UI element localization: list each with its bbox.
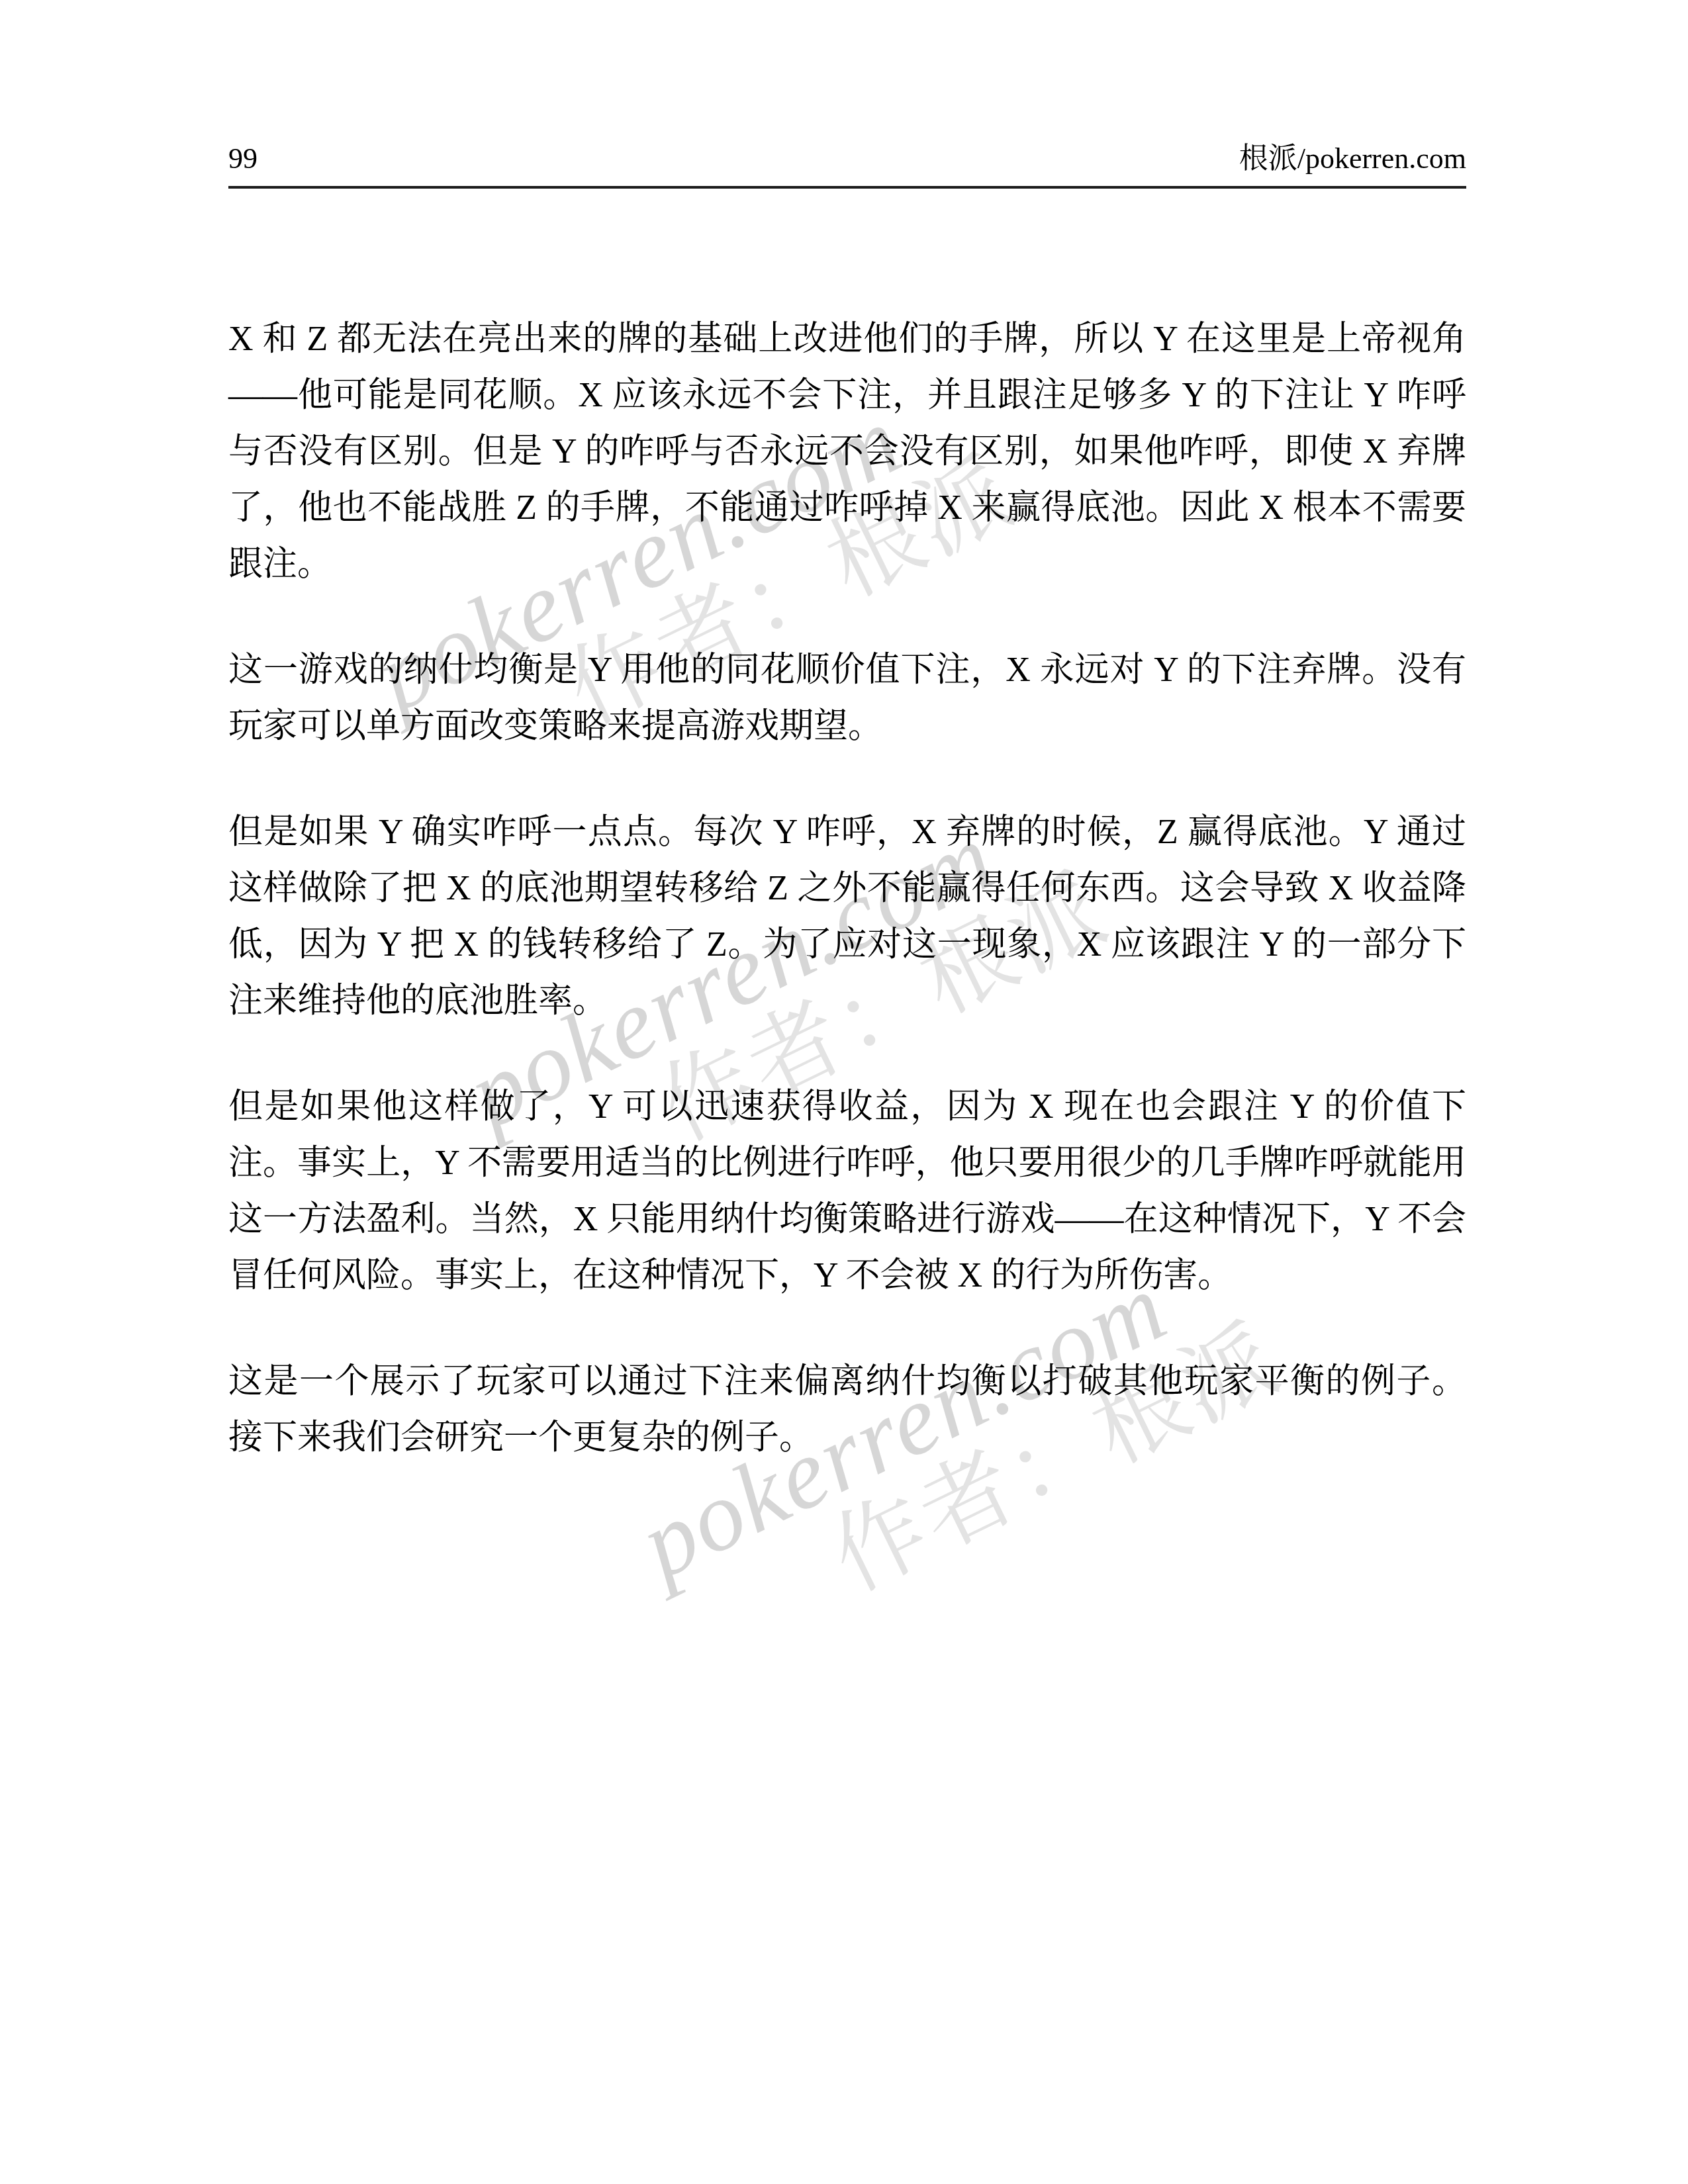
paragraph: X 和 Z 都无法在亮出来的牌的基础上改进他们的手牌，所以 Y 在这里是上帝视角… [228,311,1466,592]
page-number: 99 [228,142,258,176]
page-header: 99 根派/pokerren.com [228,142,1466,176]
paragraph: 但是如果 Y 确实咋呼一点点。每次 Y 咋呼，X 弃牌的时候，Z 赢得底池。Y … [228,804,1466,1029]
paragraph: 这是一个展示了玩家可以通过下注来偏离纳什均衡以打破其他玩家平衡的例子。接下来我们… [228,1353,1466,1466]
header-site-credit: 根派/pokerren.com [1239,142,1466,176]
document-page: pokerren.com 作者：根派 pokerren.com 作者：根派 po… [0,0,1688,2184]
page-body: X 和 Z 都无法在亮出来的牌的基础上改进他们的手牌，所以 Y 在这里是上帝视角… [228,311,1466,1516]
paragraph: 这一游戏的纳什均衡是 Y 用他的同花顺价值下注，X 永远对 Y 的下注弃牌。没有… [228,642,1466,754]
paragraph: 但是如果他这样做了，Y 可以迅速获得收益，因为 X 现在也会跟注 Y 的价值下注… [228,1079,1466,1304]
header-divider [228,186,1466,189]
